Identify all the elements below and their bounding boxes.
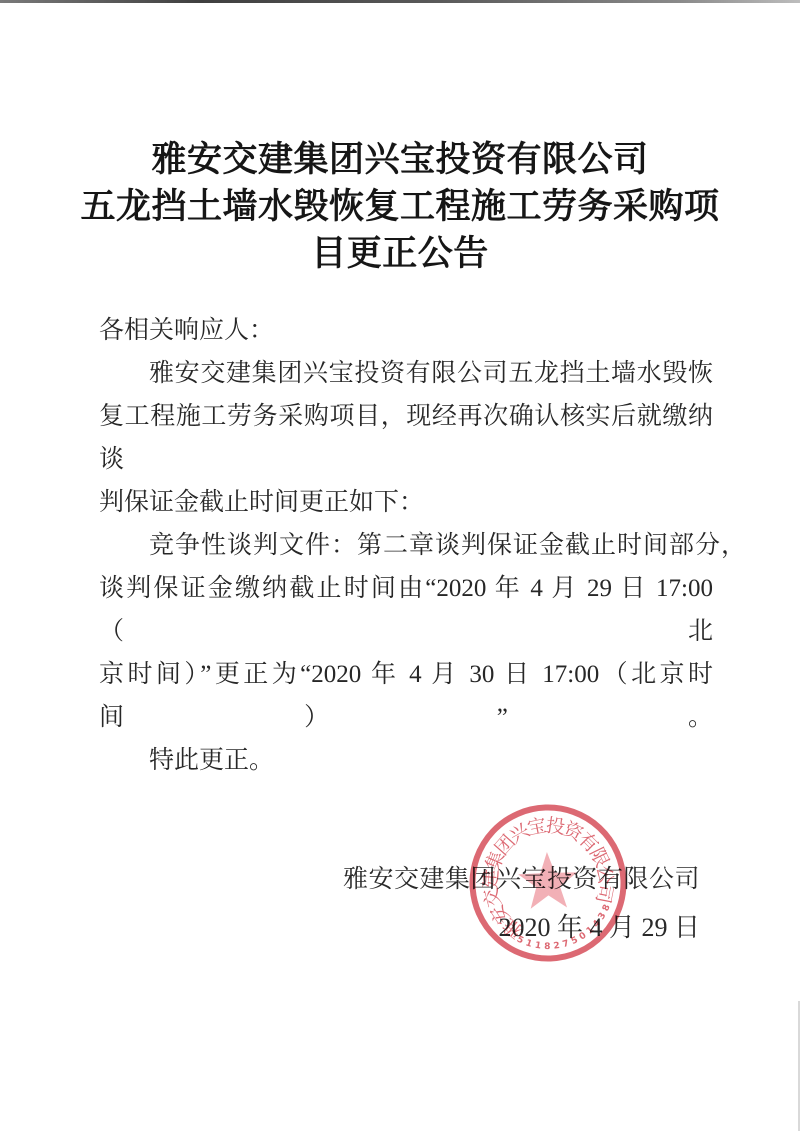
paragraph-2-line-3: 京时间）”更正为“2020 年 4 月 30 日 17:00（北京时间）”。 [99,653,713,739]
official-seal: 雅安交建集团兴宝投资有限公司 511827501438 [455,790,641,976]
svg-text:1: 1 [524,938,533,949]
scan-edge-artifact [0,0,800,3]
svg-text:3: 3 [597,911,609,922]
document-title: 雅安交建集团兴宝投资有限公司 五龙挡土墙水毁恢复工程施工劳务采购项 目更正公告 [0,136,800,277]
paragraph-2-correction: 竞争性谈判文件：第二章谈判保证金截止时间部分， 谈判保证金缴纳截止时间由“202… [99,524,713,739]
seal-number: 511827501438 [514,903,615,953]
paragraph-3-closing: 特此更正。 [99,739,713,782]
paragraph-1: 雅安交建集团兴宝投资有限公司五龙挡土墙水毁恢 复工程施工劳务采购项目，现经再次确… [99,352,713,524]
document-body: 各相关响应人： 雅安交建集团兴宝投资有限公司五龙挡土墙水毁恢 复工程施工劳务采购… [99,309,713,782]
title-line-3: 目更正公告 [0,230,800,277]
svg-text:2: 2 [553,941,561,952]
paragraph-1-line-3: 判保证金截止时间更正如下： [99,481,713,524]
svg-text:7: 7 [562,939,571,950]
title-line-1: 雅安交建集团兴宝投资有限公司 [0,136,800,183]
svg-text:5: 5 [570,935,580,947]
paragraph-3-line-1: 特此更正。 [99,739,713,782]
svg-text:司: 司 [591,882,616,905]
seal-star-icon [517,851,578,909]
title-line-2: 五龙挡土墙水毁恢复工程施工劳务采购项 [0,183,800,230]
svg-text:8: 8 [544,942,550,952]
paragraph-1-line-1: 雅安交建集团兴宝投资有限公司五龙挡土墙水毁恢 [99,352,713,395]
paragraph-2-line-2: 谈判保证金缴纳截止时间由“2020 年 4 月 29 日 17:00（北 [99,567,713,653]
svg-text:1: 1 [534,941,542,952]
paragraph-2-line-1: 竞争性谈判文件：第二章谈判保证金截止时间部分， [99,524,713,567]
paragraph-1-line-2: 复工程施工劳务采购项目，现经再次确认核实后就缴纳谈 [99,395,713,481]
document-page: 雅安交建集团兴宝投资有限公司 五龙挡土墙水毁恢复工程施工劳务采购项 目更正公告 … [0,0,800,1131]
salutation: 各相关响应人： [99,309,713,352]
